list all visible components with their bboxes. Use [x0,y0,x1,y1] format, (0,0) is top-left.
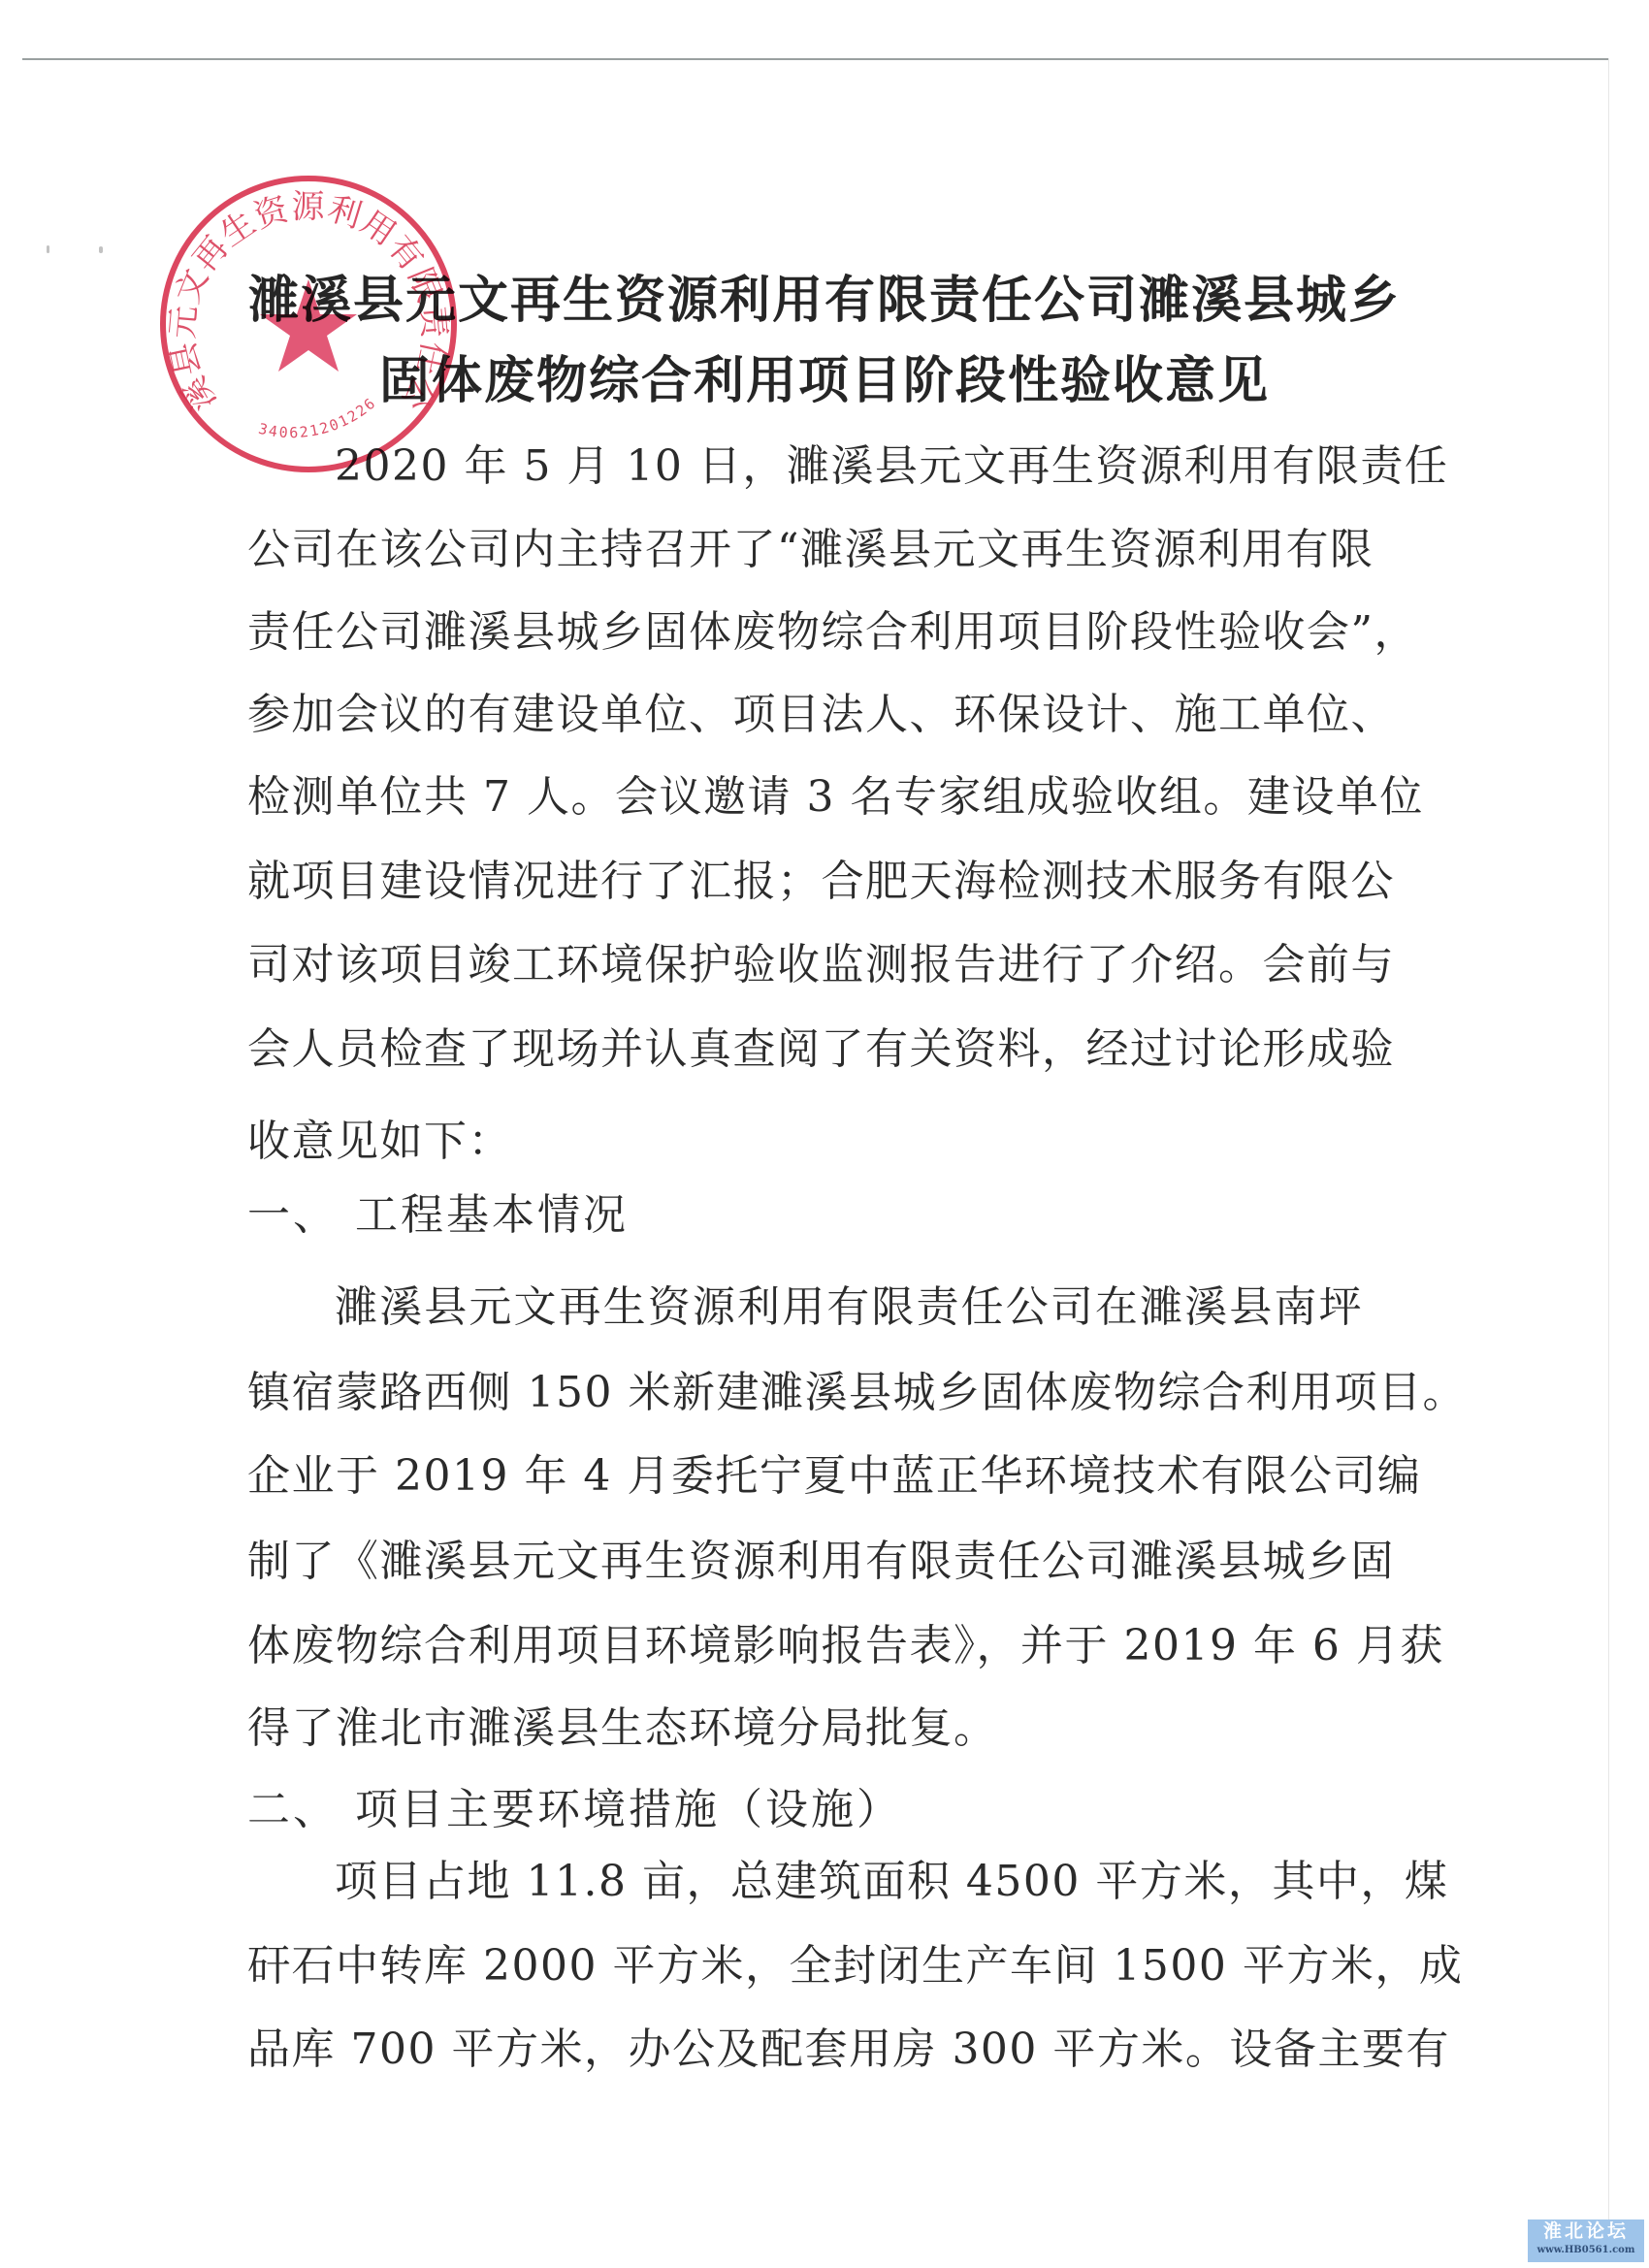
body-line: 品库 700 平方米，办公及配套用房 300 平方米。设备主要有 [247,2021,1363,2079]
body-line: 参加会议的有建设单位、项目法人、环保设计、施工单位、 [247,686,1363,744]
scan-speck [99,246,103,253]
forum-watermark: 淮北论坛 www.HB0561.com [1528,2219,1644,2262]
document-title-line-2: 固体废物综合利用项目阶段性验收意见 [0,352,1649,410]
body-line: 收意见如下： [247,1113,1363,1171]
body-line: 项目占地 11.8 亩，总建筑面积 4500 平方米，其中，煤 [335,1853,1363,1911]
watermark-title: 淮北论坛 [1528,2219,1644,2243]
section-heading-2: 二、 项目主要环境措施（设施） [247,1781,1363,1839]
body-line: 就项目建设情况进行了汇报；合肥天海检测技术服务有限公 [247,853,1363,911]
body-line: 责任公司濉溪县城乡固体废物综合利用项目阶段性验收会”， [247,603,1363,662]
body-line: 镇宿蒙路西侧 150 米新建濉溪县城乡固体废物综合利用项目。 [247,1364,1387,1422]
body-line: 检测单位共 7 人。会议邀请 3 名专家组成验收组。建设单位 [247,768,1363,826]
page-top-rule [22,58,1609,60]
watermark-url: www.HB0561.com [1528,2243,1644,2258]
body-line: 得了淮北市濉溪县生态环境分局批复。 [247,1700,1363,1758]
document-title-line-1: 濉溪县元文再生资源利用有限责任公司濉溪县城乡 [0,272,1649,330]
body-line: 濉溪县元文再生资源利用有限责任公司在濉溪县南坪 [335,1279,1363,1337]
body-line: 会人员检查了现场并认真查阅了有关资料，经过讨论形成验 [247,1021,1363,1079]
body-line: 矸石中转库 2000 平方米，全封闭生产车间 1500 平方米，成 [247,1937,1363,1995]
body-line: 企业于 2019 年 4 月委托宁夏中蓝正华环境技术有限公司编 [247,1447,1363,1506]
scan-speck [47,245,49,253]
body-line: 2020 年 5 月 10 日，濉溪县元文再生资源利用有限责任 [335,437,1363,496]
body-line: 制了《濉溪县元文再生资源利用有限责任公司濉溪县城乡固 [247,1533,1363,1591]
section-heading-1: 一、 工程基本情况 [247,1186,1363,1245]
body-line: 司对该项目竣工环境保护验收监测报告进行了介绍。会前与 [247,936,1363,994]
body-line: 体废物综合利用项目环境影响报告表》，并于 2019 年 6 月获 [247,1617,1363,1675]
body-line: 公司在该公司内主持召开了“濉溪县元文再生资源利用有限 [247,521,1363,579]
